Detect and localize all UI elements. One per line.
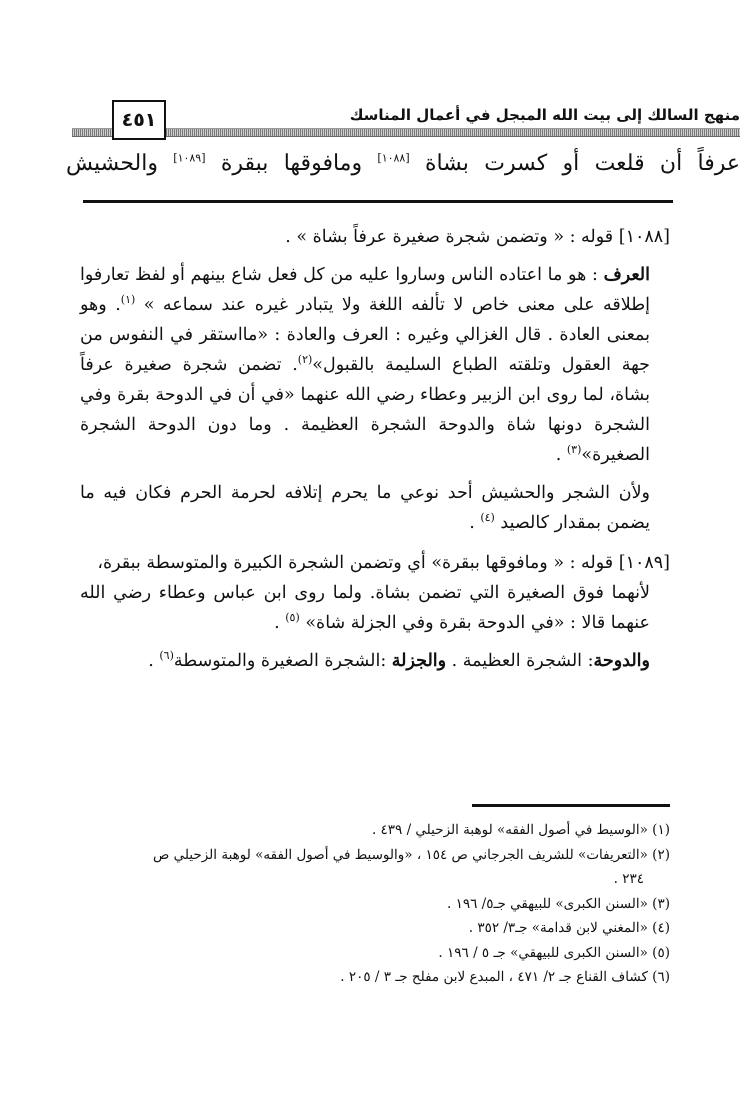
quoted-text: قوله : « وتضمن شجرة صغيرة عرفاً بشاة » . [285, 227, 619, 247]
footnote-divider [472, 804, 670, 807]
footnote-text: «التعريفات» للشريف الجرجاني ص ١٥٤ ، «وال… [153, 847, 652, 863]
footnote-text: «المغني لابن قدامة» جـ٣/ ٣٥٢ . [469, 920, 652, 936]
paragraph-reasoning: ولأن الشجر والحشيش أحد نوعي ما يحرم إتلا… [80, 478, 670, 538]
main-text-divider [83, 200, 673, 203]
commentary-entry-1088: [١٠٨٨] قوله : « وتضمن شجرة صغيرة عرفاً ب… [80, 222, 670, 538]
paragraph-text: لأنهما فوق الصغيرة التي تضمن بشاة. ولما … [80, 583, 650, 633]
paragraph-definitions: والدوحة: الشجرة العظيمة . والجزلة :الشجر… [80, 646, 670, 676]
running-title: منهج السالك إلى بيت الله المبجل في أعمال… [350, 106, 740, 124]
entry-reference: [١٠٨٨] [619, 227, 670, 247]
matn-text: عرفاً أن قلعت أو كسرت بشاة [410, 151, 740, 176]
footnote-text: كشاف القناع جـ ٢/ ٤٧١ ، المبدع لابن مفلح… [340, 969, 652, 985]
footnote-number: (٤) [652, 920, 670, 936]
page-number: ٤٥١ [112, 100, 166, 140]
book-page: منهج السالك إلى بيت الله المبجل في أعمال… [0, 0, 755, 1107]
footnotes: (١) «الوسيط في أصول الفقه» لوهبة الزحيلي… [80, 818, 670, 990]
term-dawha: والدوحة [594, 651, 650, 671]
term-urf: العرف [604, 265, 650, 285]
matn-text: والحشيش [66, 151, 173, 176]
paragraph-continuation: لأنهما فوق الصغيرة التي تضمن بشاة. ولما … [80, 578, 670, 638]
paragraph-end: . [469, 513, 480, 533]
paragraph-end: . [148, 651, 159, 671]
commentary-lead: [١٠٨٩] قوله : « ومافوقها ببقرة» أي وتضمن… [80, 548, 670, 578]
paragraph-end: . [274, 613, 285, 633]
footnote-number: (٢) [652, 847, 670, 863]
header-rule [72, 128, 740, 137]
commentary-lead: [١٠٨٨] قوله : « وتضمن شجرة صغيرة عرفاً ب… [80, 222, 670, 252]
footnote-6: (٦) كشاف القناع جـ ٢/ ٤٧١ ، المبدع لابن … [80, 965, 670, 990]
footnote-marker[interactable]: (١) [121, 293, 136, 306]
footnote-text: «السنن الكبرى للبيهقي» جـ ٥ / ١٩٦ . [438, 945, 652, 961]
footnote-1: (١) «الوسيط في أصول الفقه» لوهبة الزحيلي… [80, 818, 670, 843]
footnote-4: (٤) «المغني لابن قدامة» جـ٣/ ٣٥٢ . [80, 916, 670, 941]
paragraph-end: . [556, 445, 567, 465]
footnote-marker[interactable]: (٤) [480, 511, 495, 524]
footnote-marker[interactable]: (٦) [159, 649, 174, 662]
definition-text: : الشجرة العظيمة . [446, 651, 593, 671]
footnote-number: (٥) [652, 945, 670, 961]
main-text: عرفاً أن قلعت أو كسرت بشاة [١٠٨٨] ومافوق… [66, 146, 740, 182]
footnote-5: (٥) «السنن الكبرى للبيهقي» جـ ٥ / ١٩٦ . [80, 941, 670, 966]
paragraph-urf-definition: العرف : هو ما اعتاده الناس وساروا عليه م… [80, 260, 670, 470]
footnote-marker[interactable]: (٥) [285, 611, 300, 624]
commentary: [١٠٨٨] قوله : « وتضمن شجرة صغيرة عرفاً ب… [80, 222, 670, 682]
reference-marker: [١٠٨٩] [173, 152, 205, 165]
reference-marker: [١٠٨٨] [377, 152, 409, 165]
footnote-text: «الوسيط في أصول الفقه» لوهبة الزحيلي / ٤… [372, 822, 652, 838]
commentary-entry-1089: [١٠٨٩] قوله : « ومافوقها ببقرة» أي وتضمن… [80, 548, 670, 676]
entry-reference: [١٠٨٩] [619, 553, 670, 573]
footnote-text: «السنن الكبرى» للبيهقي جـ٥/ ١٩٦ . [447, 896, 652, 912]
paragraph-text: ولأن الشجر والحشيش أحد نوعي ما يحرم إتلا… [80, 483, 650, 533]
quoted-text: قوله : « ومافوقها ببقرة» أي وتضمن الشجرة… [97, 553, 618, 573]
paragraph-text: : هو ما اعتاده الناس وساروا عليه من كل ف… [80, 265, 650, 315]
page-header: منهج السالك إلى بيت الله المبجل في أعمال… [72, 100, 740, 138]
footnote-2-continuation: ٢٣٤ . [80, 867, 670, 892]
footnote-number: (٦) [652, 969, 670, 985]
footnote-number: (٣) [652, 896, 670, 912]
footnote-2: (٢) «التعريفات» للشريف الجرجاني ص ١٥٤ ، … [80, 843, 670, 868]
footnote-marker[interactable]: (٣) [567, 443, 582, 456]
matn-text: ومافوقها ببقرة [206, 151, 378, 176]
footnote-marker[interactable]: (٢) [298, 353, 313, 366]
definition-text: :الشجرة الصغيرة والمتوسطة [174, 651, 392, 671]
footnote-3: (٣) «السنن الكبرى» للبيهقي جـ٥/ ١٩٦ . [80, 892, 670, 917]
footnote-number: (١) [652, 822, 670, 838]
term-jazla: والجزلة [392, 651, 446, 671]
